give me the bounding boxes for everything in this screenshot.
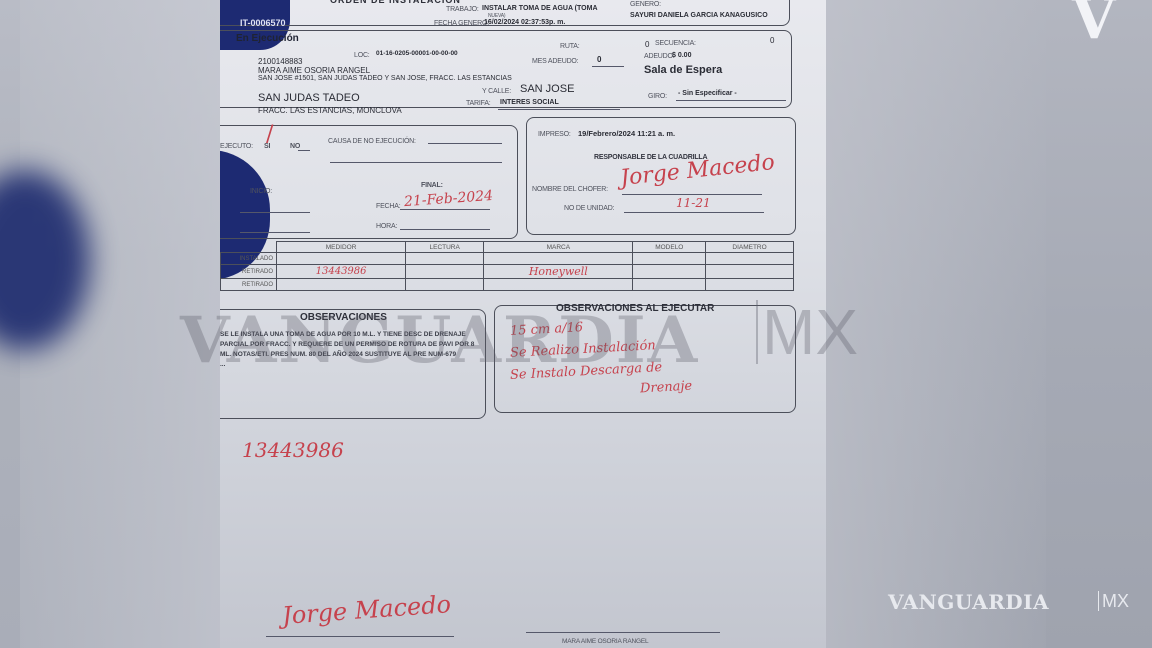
table-row: RETIRADO — [221, 279, 794, 291]
brand-logo: VANGUARDIA — [888, 590, 1049, 614]
table-cell — [706, 265, 794, 279]
row-label: INSTALADO — [221, 253, 277, 265]
trabajo-value: INSTALAR TOMA DE AGUA (TOMA — [482, 5, 598, 12]
entre-calle-value: SAN JUDAS TADEO — [258, 92, 360, 104]
sala-de-espera: Sala de Espera — [644, 64, 722, 76]
table-row: INSTALADO — [221, 253, 794, 265]
table-cell — [484, 253, 633, 265]
background-right — [826, 0, 1152, 648]
vanguardia-logo-icon: V — [1072, 0, 1115, 52]
y-calle-label: Y CALLE: — [482, 88, 511, 95]
table-cell-handwritten: 13443986 — [277, 265, 406, 279]
ruta-value: 0 — [645, 40, 649, 49]
tarifa-label: TARIFA: — [466, 100, 491, 107]
chofer-label: NOMBRE DEL CHOFER: — [532, 186, 608, 193]
giro-value: - Sin Especificar - — [678, 90, 737, 97]
fecha-label: FECHA: — [376, 203, 400, 210]
handwritten-meter-number: 13443986 — [242, 438, 344, 462]
causa-line-2 — [330, 162, 502, 163]
brand-logo-suffix: MX — [1098, 591, 1129, 611]
left-signature-line — [266, 636, 454, 637]
unidad-line — [624, 212, 764, 213]
column-header: MARCA — [484, 242, 633, 253]
right-signature-name: MARA AIME OSORIA RANGEL — [562, 638, 648, 645]
genero-label: GENERO: — [630, 1, 661, 8]
table-cell — [277, 279, 406, 291]
adeudo-value: $ 0.00 — [672, 52, 691, 59]
loc-value: 01-16-0205-00001-00-00-00 — [376, 50, 458, 57]
no-label[interactable]: NO — [290, 143, 300, 150]
table-cell — [277, 253, 406, 265]
tarifa-underline — [498, 109, 620, 110]
impreso-label: IMPRESO: — [538, 131, 571, 138]
table-cell — [406, 265, 484, 279]
impreso-value: 19/Febrero/2024 11:21 a. m. — [578, 129, 675, 138]
giro-label: GIRO: — [648, 93, 667, 100]
inicio-label: INICIO: — [250, 188, 272, 195]
fecha-genero-value: 16/02/2024 02:37:53p. m. — [484, 19, 565, 26]
unidad-label: No DE UNIDAD: — [564, 205, 614, 212]
document-title: ORDEN DE INSTALACIÓN — [330, 0, 461, 5]
watermark-suffix: MX — [756, 300, 858, 364]
colonia-value: FRACC. LAS ESTANCIAS, MONCLOVA — [258, 106, 402, 115]
ejecuto-label: EJECUTO: — [220, 143, 253, 150]
blurred-paper — [826, 0, 1046, 648]
fecha-genero-label: FECHA GENERO: — [434, 20, 489, 27]
left-signature: Jorge Macedo — [281, 590, 452, 630]
column-header: DIAMETRO — [706, 242, 794, 253]
causa-line — [428, 143, 502, 144]
table-cell — [706, 253, 794, 265]
nombre-value: MARA AIME OSORIA RANGEL — [258, 66, 370, 75]
column-header: MODELO — [633, 242, 706, 253]
mes-adeudo-value: 0 — [597, 55, 601, 64]
giro-underline — [676, 100, 786, 101]
table-cell — [706, 279, 794, 291]
column-header: LECTURA — [406, 242, 484, 253]
meter-table-header: MEDIDOR LECTURA MARCA MODELO DIAMETRO — [221, 242, 794, 253]
adeudo-label: ADEUDO: — [644, 53, 675, 60]
table-row: RETIRADO 13443986 Honeywell — [221, 265, 794, 279]
secuencia-label: SECUENCIA: — [655, 40, 696, 47]
mes-adeudo-underline — [592, 66, 624, 67]
unidad-value-handwritten: 11-21 — [676, 196, 711, 210]
hora-line — [400, 229, 490, 230]
table-cell — [406, 253, 484, 265]
meter-table: MEDIDOR LECTURA MARCA MODELO DIAMETRO IN… — [220, 241, 794, 291]
table-cell — [633, 265, 706, 279]
genero-value: SAYURI DANIELA GARCIA KANAGUSICO — [630, 12, 768, 19]
handwritten-note: Drenaje — [640, 379, 693, 397]
table-cell — [406, 279, 484, 291]
inicio-hora-line — [240, 232, 310, 233]
y-calle-value: SAN JOSE — [520, 83, 574, 95]
ruta-label: RUTA: — [560, 43, 579, 50]
chofer-line — [622, 194, 762, 195]
inicio-fecha-line — [240, 212, 310, 213]
table-cell — [633, 279, 706, 291]
table-cell — [633, 253, 706, 265]
trabajo-label: TRABAJO: — [446, 6, 479, 13]
mes-adeudo-label: MES ADEUDO: — [532, 58, 578, 65]
hora-label: HORA: — [376, 223, 397, 230]
direccion-value: SAN JOSE #1501, SAN JUDAS TADEO Y SAN JO… — [258, 75, 512, 82]
right-signature-line — [526, 632, 720, 633]
si-checkmark-icon: / — [266, 122, 273, 147]
table-cell-handwritten: Honeywell — [484, 265, 633, 279]
loc-label: LOC: — [354, 52, 370, 59]
table-cell — [484, 279, 633, 291]
watermark-brand: VANGUARDIA — [180, 303, 699, 378]
folio-number: IT-0006570 — [240, 18, 286, 28]
final-label: FINAL: — [421, 182, 443, 189]
tarifa-value: INTERES SOCIAL — [500, 99, 559, 106]
no-underline — [298, 150, 310, 151]
row-label: RETIRADO — [221, 279, 277, 291]
row-label: RETIRADO — [221, 265, 277, 279]
column-header: MEDIDOR — [277, 242, 406, 253]
cuenta-value: 2100148883 — [258, 57, 303, 66]
fecha-line — [400, 209, 490, 210]
causa-label: CAUSA DE NO EJECUCIÓN: — [328, 138, 416, 145]
secuencia-value: 0 — [770, 36, 774, 45]
